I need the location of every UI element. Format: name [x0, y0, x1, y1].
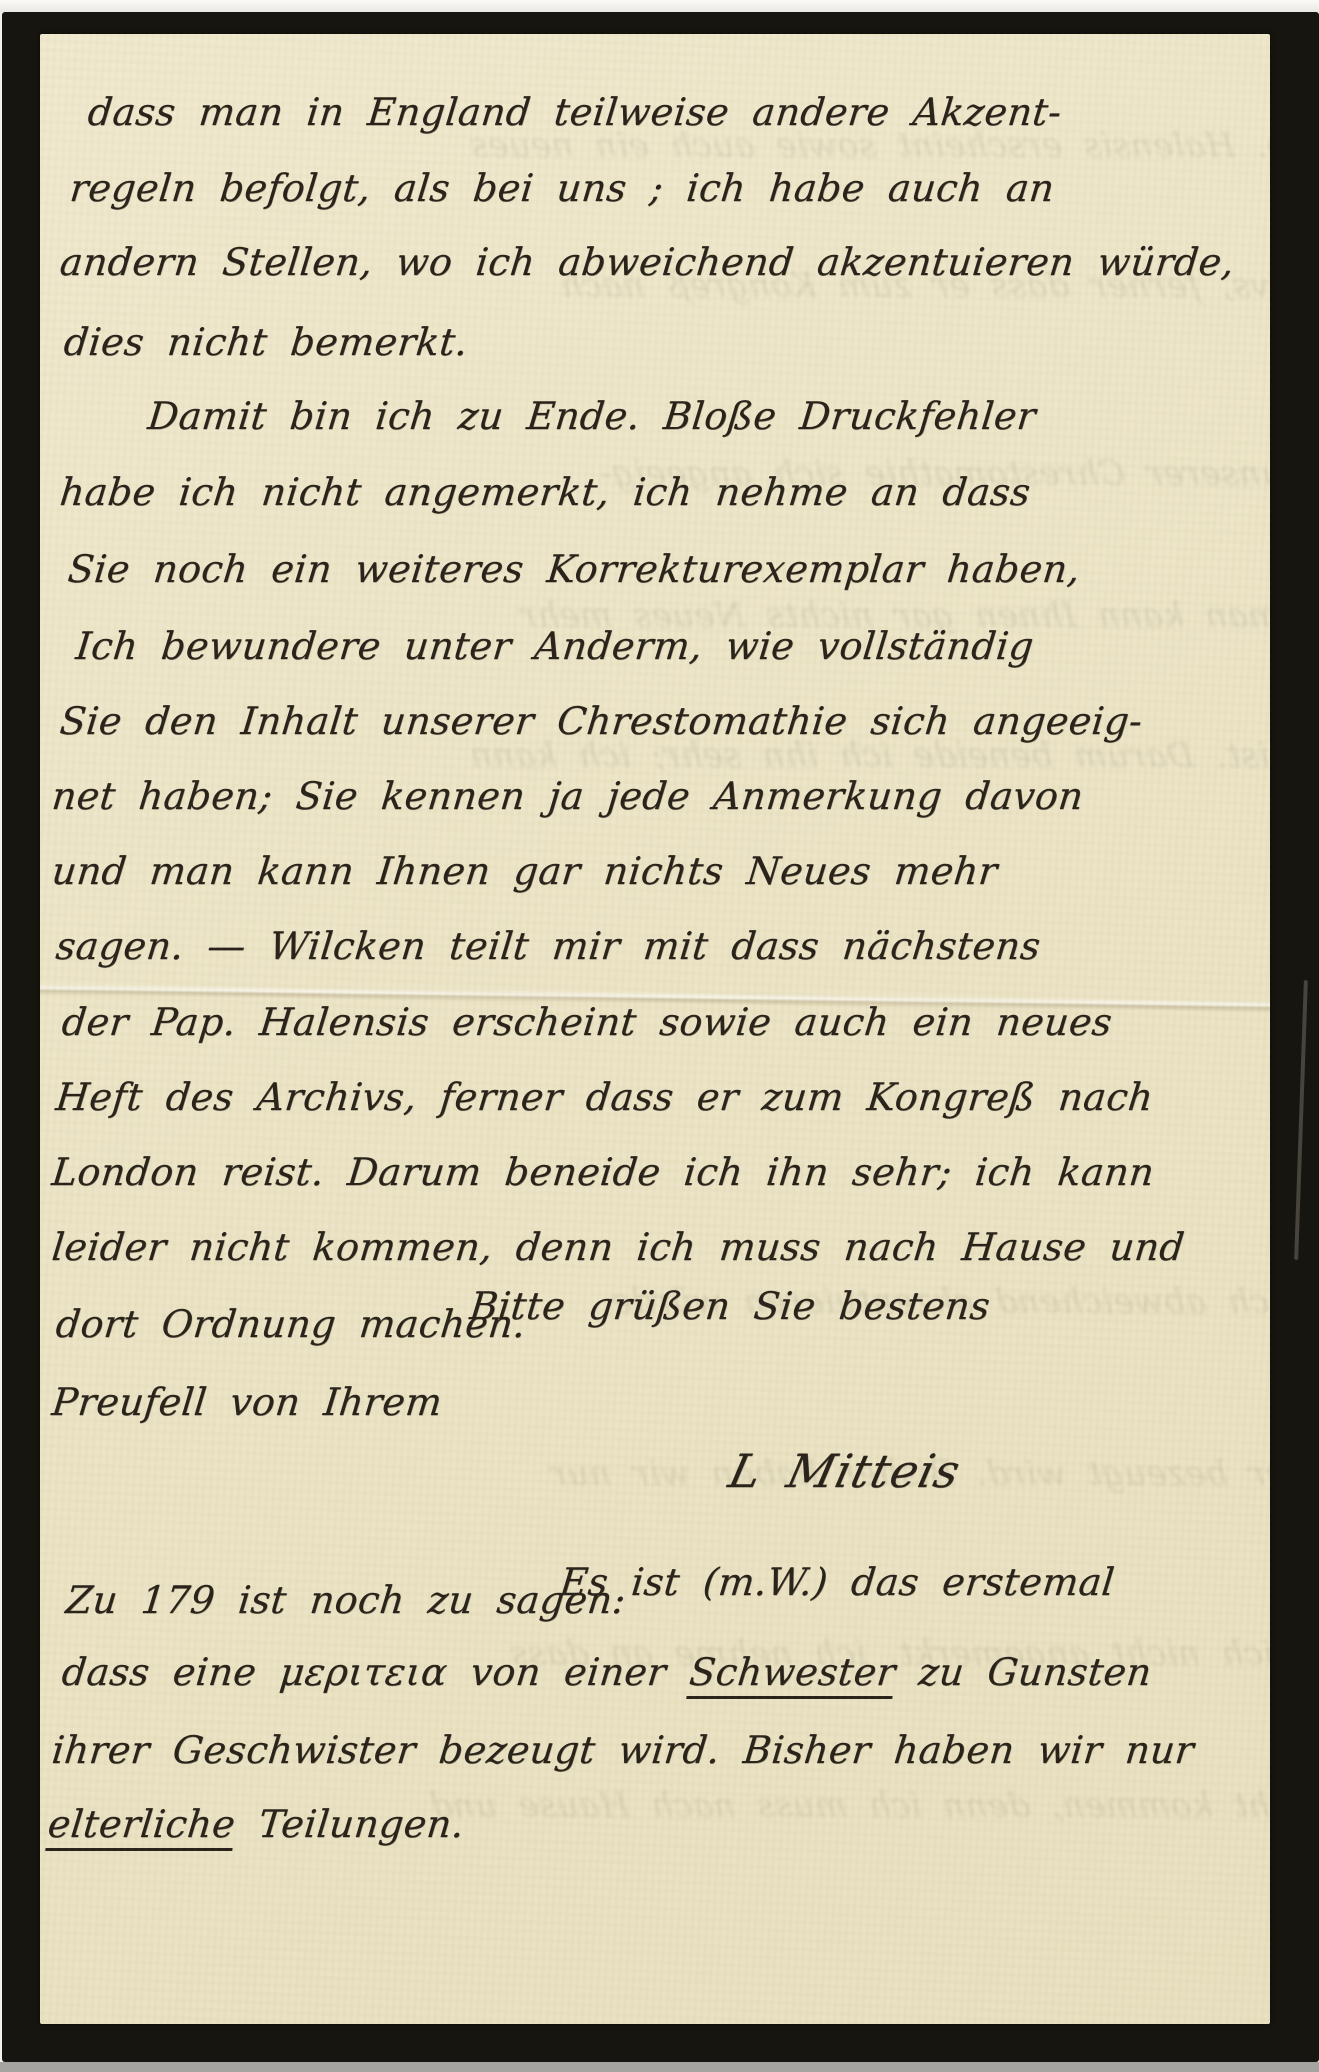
postscript-line: dass eine μεριτεια von einer Schwester z…	[60, 1652, 1154, 1694]
underlined-word: Schwester	[687, 1650, 898, 1699]
scanned-letter-page: { "document": { "type": "handwritten mou…	[0, 0, 1319, 2072]
handwritten-line: und man kann Ihnen gar nichts Neues mehr	[50, 851, 1000, 893]
handwritten-line: habe ich nicht angemerkt, ich nehme an d…	[58, 472, 1033, 514]
postscript-text: dass eine μεριτεια von einer	[60, 1650, 692, 1694]
underlined-word: elterliche	[45, 1802, 237, 1851]
scanner-edge-bottom	[0, 2062, 1319, 2072]
handwritten-line: net haben; Sie kennen ja jede Anmerkung …	[50, 776, 1086, 818]
handwritten-line: regeln befolgt, als bei uns ; ich habe a…	[68, 168, 1057, 210]
postscript-line: elterliche Teilungen.	[46, 1804, 467, 1846]
handwritten-line: andern Stellen, wo ich abweichend akzent…	[58, 242, 1237, 284]
postscript-text: Teilungen.	[233, 1802, 467, 1846]
postscript-text: zu Gunsten	[893, 1650, 1154, 1694]
scanner-edge-top	[0, 0, 1319, 12]
closing-line-left: dort Ordnung machen.	[54, 1304, 528, 1346]
postscript-line: Es ist (m.W.) das erstemal	[558, 1562, 1117, 1604]
postscript-line: Zu 179 ist noch zu sagen:	[64, 1580, 628, 1622]
handwritten-line: London reist. Darum beneide ich ihn sehr…	[50, 1152, 1156, 1194]
closing-line-right: Bitte grüßen Sie bestens	[468, 1286, 992, 1328]
handwritten-line: Damit bin ich zu Ende. Bloße Druckfehler	[146, 396, 1038, 438]
handwritten-line: leider nicht kommen, denn ich muss nach …	[50, 1227, 1187, 1269]
handwritten-line: Sie den Inhalt unserer Chrestomathie sic…	[58, 701, 1145, 743]
closing-name-line: Preufell von Ihrem	[50, 1382, 444, 1424]
border-crease	[1294, 980, 1308, 1260]
handwritten-line: Ich bewundere unter Anderm, wie vollstän…	[74, 626, 1036, 668]
ink-bleedthrough-text: leider nicht kommen, denn ich muss nach …	[428, 1786, 1270, 1826]
handwritten-line: der Pap. Halensis erscheint sowie auch e…	[60, 1002, 1114, 1044]
handwritten-line: dies nicht bemerkt.	[62, 322, 470, 364]
handwritten-line: dass man in England teilweise andere Akz…	[86, 92, 1064, 134]
handwritten-line: sagen. — Wilcken teilt mir mit dass näch…	[54, 926, 1043, 968]
handwritten-line: Heft des Archivs, ferner dass er zum Kon…	[54, 1077, 1155, 1119]
letter-paper: der Pap. Halensis erscheint sowie auch e…	[40, 34, 1270, 2024]
postscript-line: ihrer Geschwister bezeugt wird. Bisher h…	[50, 1730, 1196, 1772]
signature: L Mitteis	[724, 1446, 965, 1497]
handwritten-line: Sie noch ein weiteres Korrekturexemplar …	[66, 549, 1082, 591]
